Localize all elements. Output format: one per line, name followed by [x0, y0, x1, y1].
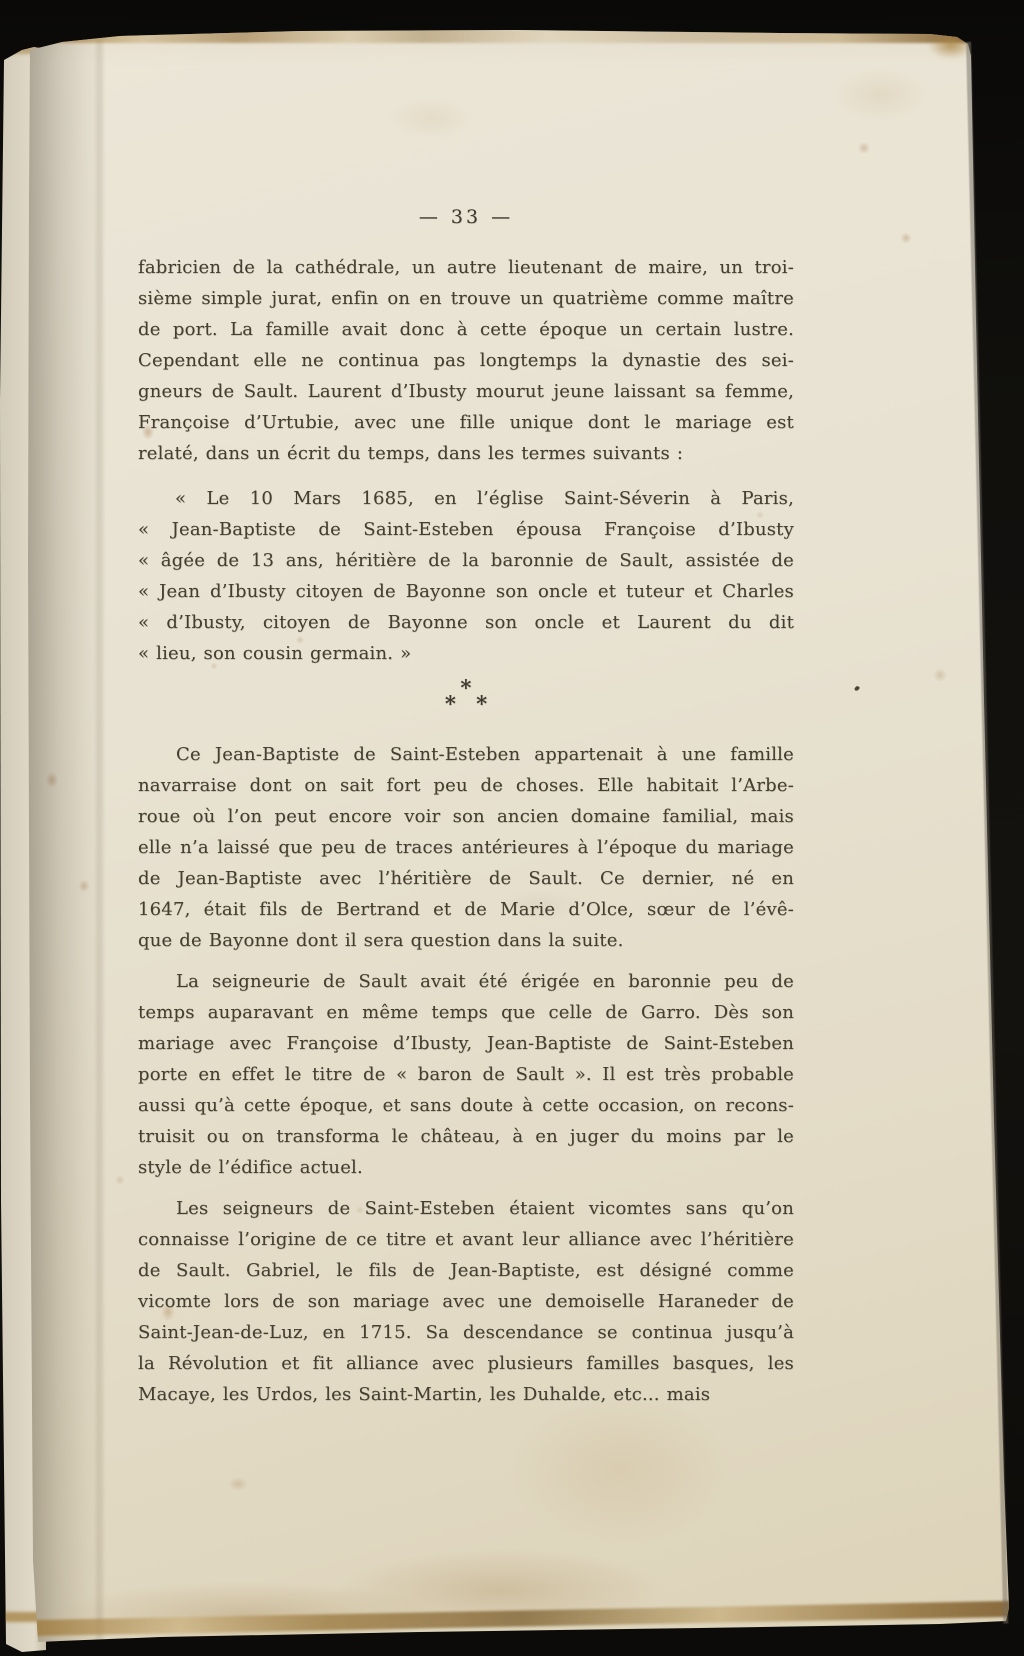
paragraph-3: La seigneurie de Sault avait été érigée … [138, 966, 794, 1183]
gutter-crease [96, 30, 103, 1650]
text-line: de Jean-Baptiste avec l’héritière de Sau… [138, 863, 794, 894]
text-line: de port. La famille avait donc à cette é… [138, 314, 794, 345]
text-line: temps auparavant en même temps que celle… [138, 997, 794, 1028]
paragraph-2: Ce Jean-Baptiste de Saint-Esteben appart… [138, 739, 794, 956]
paragraph-4: Les seigneurs de Saint-Esteben étaient v… [138, 1193, 794, 1410]
text-line: sième simple jurat, enfin on en trouve u… [138, 283, 794, 314]
text-line: connaisse l’origine de ce titre et avant… [138, 1224, 794, 1255]
separator-stars-bottom: * * [138, 695, 794, 713]
text-line: vicomte lors de son mariage avec une dem… [138, 1286, 794, 1317]
ink-speck [854, 685, 860, 691]
text-line: fabricien de la cathédrale, un autre lie… [138, 252, 794, 283]
text-line: elle n’a laissé que peu de traces antéri… [138, 832, 794, 863]
text-line: gneurs de Sault. Laurent d’Ibusty mourut… [138, 376, 794, 407]
text-line: style de l’édifice actuel. [138, 1152, 794, 1183]
text-line: porte en effet le titre de « baron de Sa… [138, 1059, 794, 1090]
text-line: Les seigneurs de Saint-Esteben étaient v… [138, 1193, 794, 1224]
text-line: que de Bayonne dont il sera question dan… [138, 925, 794, 956]
text-line: « d’Ibusty, citoyen de Bayonne son oncle… [138, 607, 794, 638]
text-column: — 33 — fabricien de la cathédrale, un au… [138, 204, 794, 1410]
text-line: La seigneurie de Sault avait été érigée … [138, 966, 794, 997]
text-line: la Révolution et fit alliance avec plusi… [138, 1348, 794, 1379]
text-line: 1647, était fils de Bertrand et de Marie… [138, 894, 794, 925]
text-line: de Sault. Gabriel, le fils de Jean-Bapti… [138, 1255, 794, 1286]
page-top-deckle-edge [30, 29, 970, 43]
text-line: « lieu, son cousin germain. » [138, 638, 794, 669]
text-line: navarraise dont on sait fort peu de chos… [138, 770, 794, 801]
text-line: « Le 10 Mars 1685, en l’église Saint-Sév… [138, 483, 794, 514]
text-line: Françoise d’Urtubie, avec une fille uniq… [138, 407, 794, 438]
text-line: mariage avec Françoise d’Ibusty, Jean-Ba… [138, 1028, 794, 1059]
text-line: relaté, dans un écrit du temps, dans les… [138, 438, 794, 469]
paragraph-1: fabricien de la cathédrale, un autre lie… [138, 252, 794, 469]
text-line: Saint-Jean-de-Luz, en 1715. Sa descendan… [138, 1317, 794, 1348]
page-number: — 33 — [138, 204, 794, 230]
text-line: Cependant elle ne continua pas longtemps… [138, 345, 794, 376]
gutter-shadow [28, 30, 123, 1650]
section-separator: * * * [138, 681, 794, 713]
scanned-book-photo: — 33 — fabricien de la cathédrale, un au… [0, 0, 1024, 1656]
text-line: « Jean d’Ibusty citoyen de Bayonne son o… [138, 576, 794, 607]
quotation-block: « Le 10 Mars 1685, en l’église Saint-Sév… [138, 483, 794, 669]
text-line: « Jean-Baptiste de Saint-Esteben épousa … [138, 514, 794, 545]
text-line: Macaye, les Urdos, les Saint-Martin, les… [138, 1379, 794, 1410]
text-line: roue où l’on peut encore voir son ancien… [138, 801, 794, 832]
text-line: « âgée de 13 ans, héritière de la baronn… [138, 545, 794, 576]
text-line: truisit ou on transforma le château, à e… [138, 1121, 794, 1152]
text-line: Ce Jean-Baptiste de Saint-Esteben appart… [138, 739, 794, 770]
book-page: — 33 — fabricien de la cathédrale, un au… [0, 0, 1024, 1656]
page-bottom-deckle-edge [34, 1601, 1012, 1636]
text-line: aussi qu’à cette époque, et sans doute à… [138, 1090, 794, 1121]
